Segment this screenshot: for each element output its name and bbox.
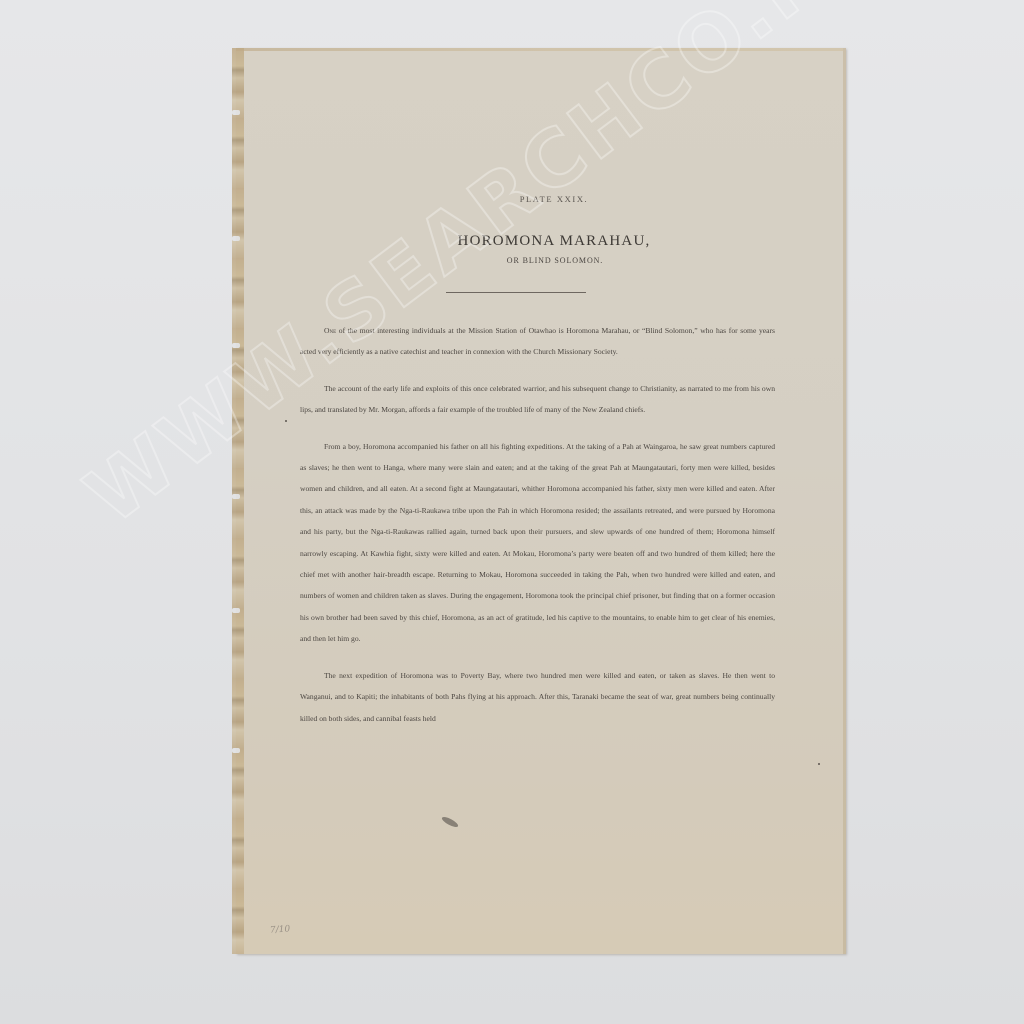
document-page: PLATE XXIX. HOROMONA MARAHAU, OR BLIND S… [236,48,846,954]
binding-notch [232,236,240,241]
paragraph-text: The next expedition of Horomona was to P… [300,671,775,723]
page-subtitle: OR BLIND SOLOMON. [264,256,846,265]
binding-notch [232,748,240,753]
plate-label: PLATE XXIX. [262,194,846,204]
body-text: One of the most interesting individuals … [300,320,775,744]
binding-notch [232,110,240,115]
binding-notch [232,608,240,613]
binding-notch [232,494,240,499]
torn-binding-edge [232,48,244,954]
paragraph-lead-word: One [324,326,336,335]
paper-speck [285,420,287,422]
page-right-edge [843,48,846,954]
pencil-annotation: 7/10 [270,924,291,935]
paragraph: The next expedition of Horomona was to P… [300,665,775,729]
paragraph-text: From a boy, Horomona accompanied his fat… [300,442,775,644]
paragraph: One of the most interesting individuals … [300,320,775,363]
paragraph-text: of the most interesting individuals at t… [300,326,775,356]
paper-stain [441,815,460,829]
paragraph-text: The account of the early life and exploi… [300,384,775,414]
paper-speck [818,763,820,765]
title-divider [446,292,586,293]
paragraph: The account of the early life and exploi… [300,378,775,421]
page-title: HOROMONA MARAHAU, [262,233,846,250]
paragraph: From a boy, Horomona accompanied his fat… [300,436,775,650]
binding-notch [232,343,240,348]
